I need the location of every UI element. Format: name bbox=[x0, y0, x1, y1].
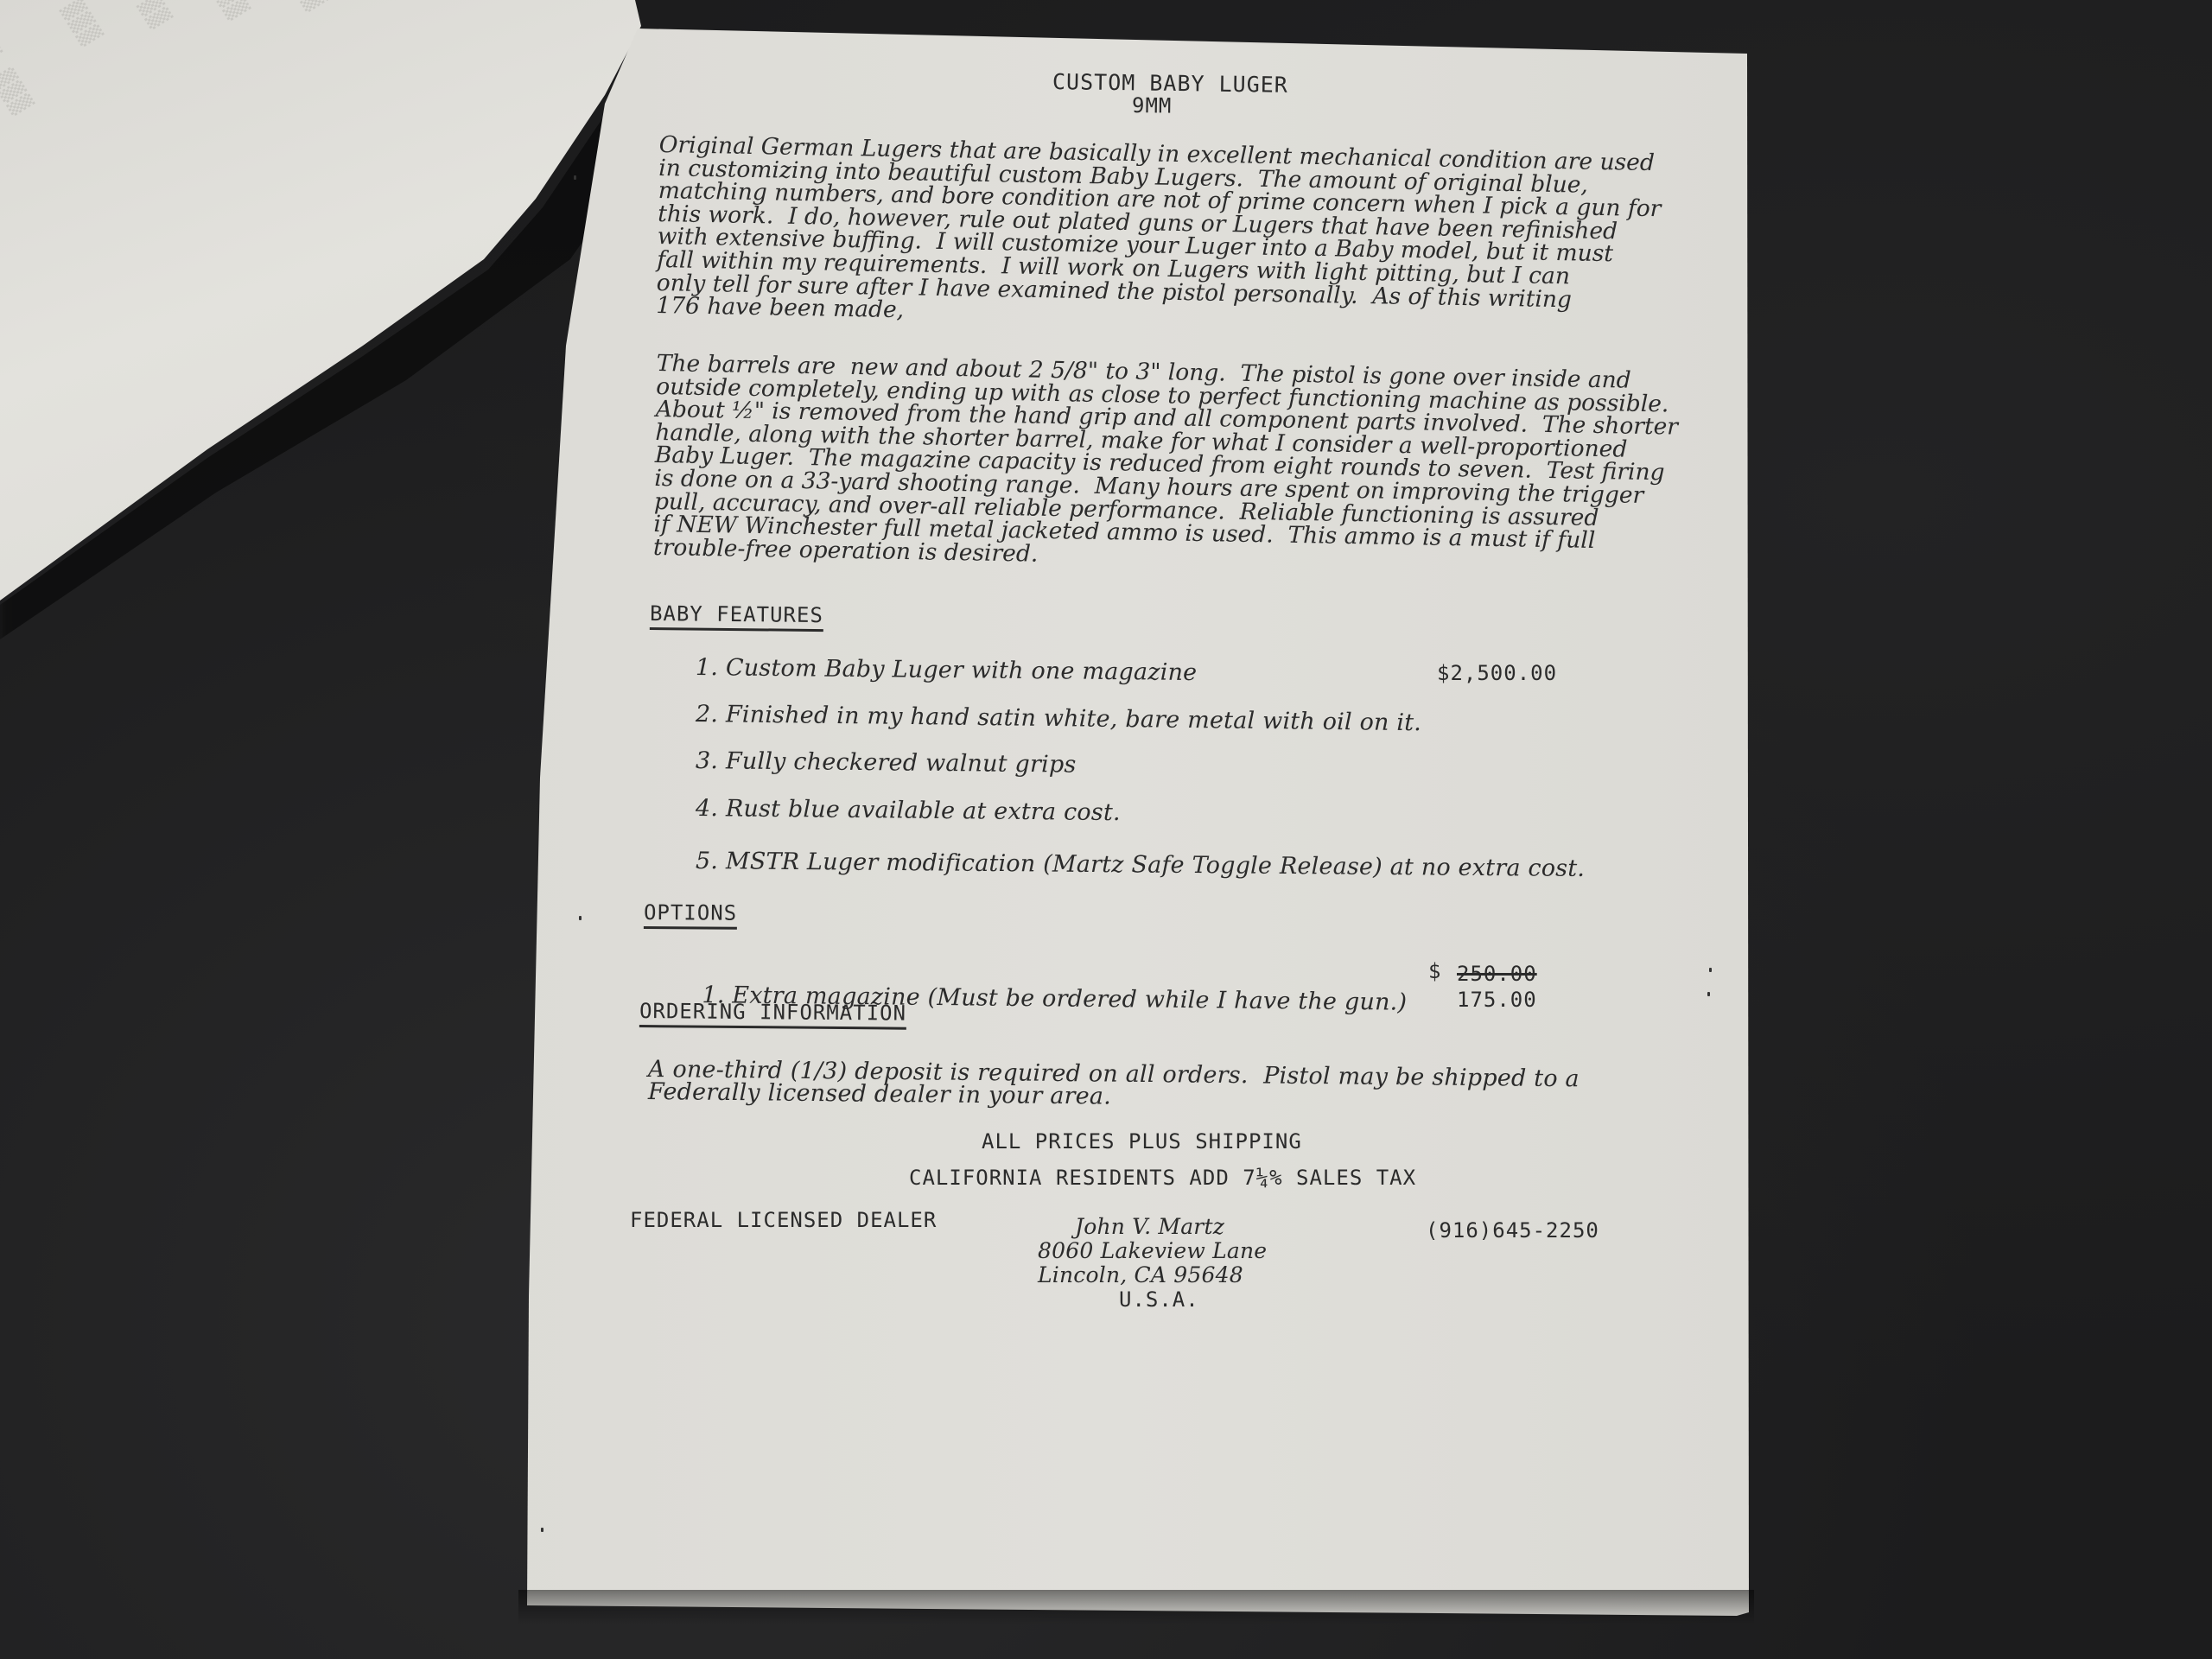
dealer-country: U.S.A. bbox=[1119, 1287, 1199, 1312]
document-subtitle: 9MM bbox=[1132, 93, 1173, 118]
paper-speck bbox=[574, 175, 576, 180]
feature-price: $2,500.00 bbox=[1437, 661, 1557, 685]
dealer-address-line2: Lincoln, CA 95648 bbox=[1038, 1262, 1243, 1287]
feature-text: Rust blue available at extra cost. bbox=[726, 795, 1121, 826]
paper-speck bbox=[1707, 992, 1710, 996]
feature-text: Fully checkered walnut grips bbox=[726, 747, 1077, 778]
dealer-name: John V. Martz bbox=[1075, 1214, 1224, 1239]
ordering-heading: ORDERING INFORMATION bbox=[639, 999, 906, 1030]
paper-speck bbox=[579, 916, 582, 920]
bleed-through-text: ▒▒▒ ▒▒▒▒ ▒▒ ▒▒▒▒ ▒▒▒▒ bbox=[0, 0, 104, 48]
features-heading: BABY FEATURES bbox=[650, 601, 823, 632]
feature-item: 3. Fully checkered walnut grips bbox=[696, 747, 1077, 779]
tax-note: CALIFORNIA RESIDENTS ADD 7¼% SALES TAX bbox=[909, 1166, 1416, 1190]
bleed-through-text: ▒▒▒ ▒▒▒▒▒▒ ▒▒▒▒▒ bbox=[0, 0, 35, 118]
option-old-price: 250.00 bbox=[1457, 962, 1537, 986]
feature-number: 1. bbox=[696, 654, 726, 681]
barrel-paragraph: The barrels are new and about 2 5/8" to … bbox=[653, 353, 1679, 577]
options-heading: OPTIONS bbox=[644, 900, 737, 930]
intro-paragraph: Original German Lugers that are basicall… bbox=[656, 134, 1662, 336]
option-currency: $ bbox=[1428, 959, 1441, 983]
feature-item: 4. Rust blue available at extra cost. bbox=[696, 795, 1121, 826]
feature-number: 4. bbox=[696, 795, 726, 822]
bleed-through-text: ▒▒▒▒ ▒▒ ▒▒▒▒▒ ▒▒▒ bbox=[92, 0, 251, 22]
feature-text: Custom Baby Luger with one magazine bbox=[726, 654, 1198, 686]
feature-number: 5. bbox=[696, 848, 726, 874]
feature-item: 1. Custom Baby Luger with one magazine bbox=[696, 654, 1198, 686]
ordering-text-line: Federally licensed dealer in your area. bbox=[648, 1078, 1111, 1110]
paper-speck bbox=[1709, 968, 1712, 972]
option-price: 175.00 bbox=[1457, 988, 1537, 1012]
dealer-address-line1: 8060 Lakeview Lane bbox=[1038, 1238, 1267, 1263]
paper-speck bbox=[541, 1528, 543, 1532]
dealer-phone: (916)645-2250 bbox=[1426, 1218, 1599, 1243]
feature-number: 2. bbox=[696, 701, 726, 728]
shipping-note: ALL PRICES PLUS SHIPPING bbox=[982, 1129, 1302, 1154]
dealer-label: FEDERAL LICENSED DEALER bbox=[630, 1208, 937, 1232]
paper-shadow bbox=[518, 1590, 1754, 1624]
feature-number: 3. bbox=[696, 747, 726, 774]
